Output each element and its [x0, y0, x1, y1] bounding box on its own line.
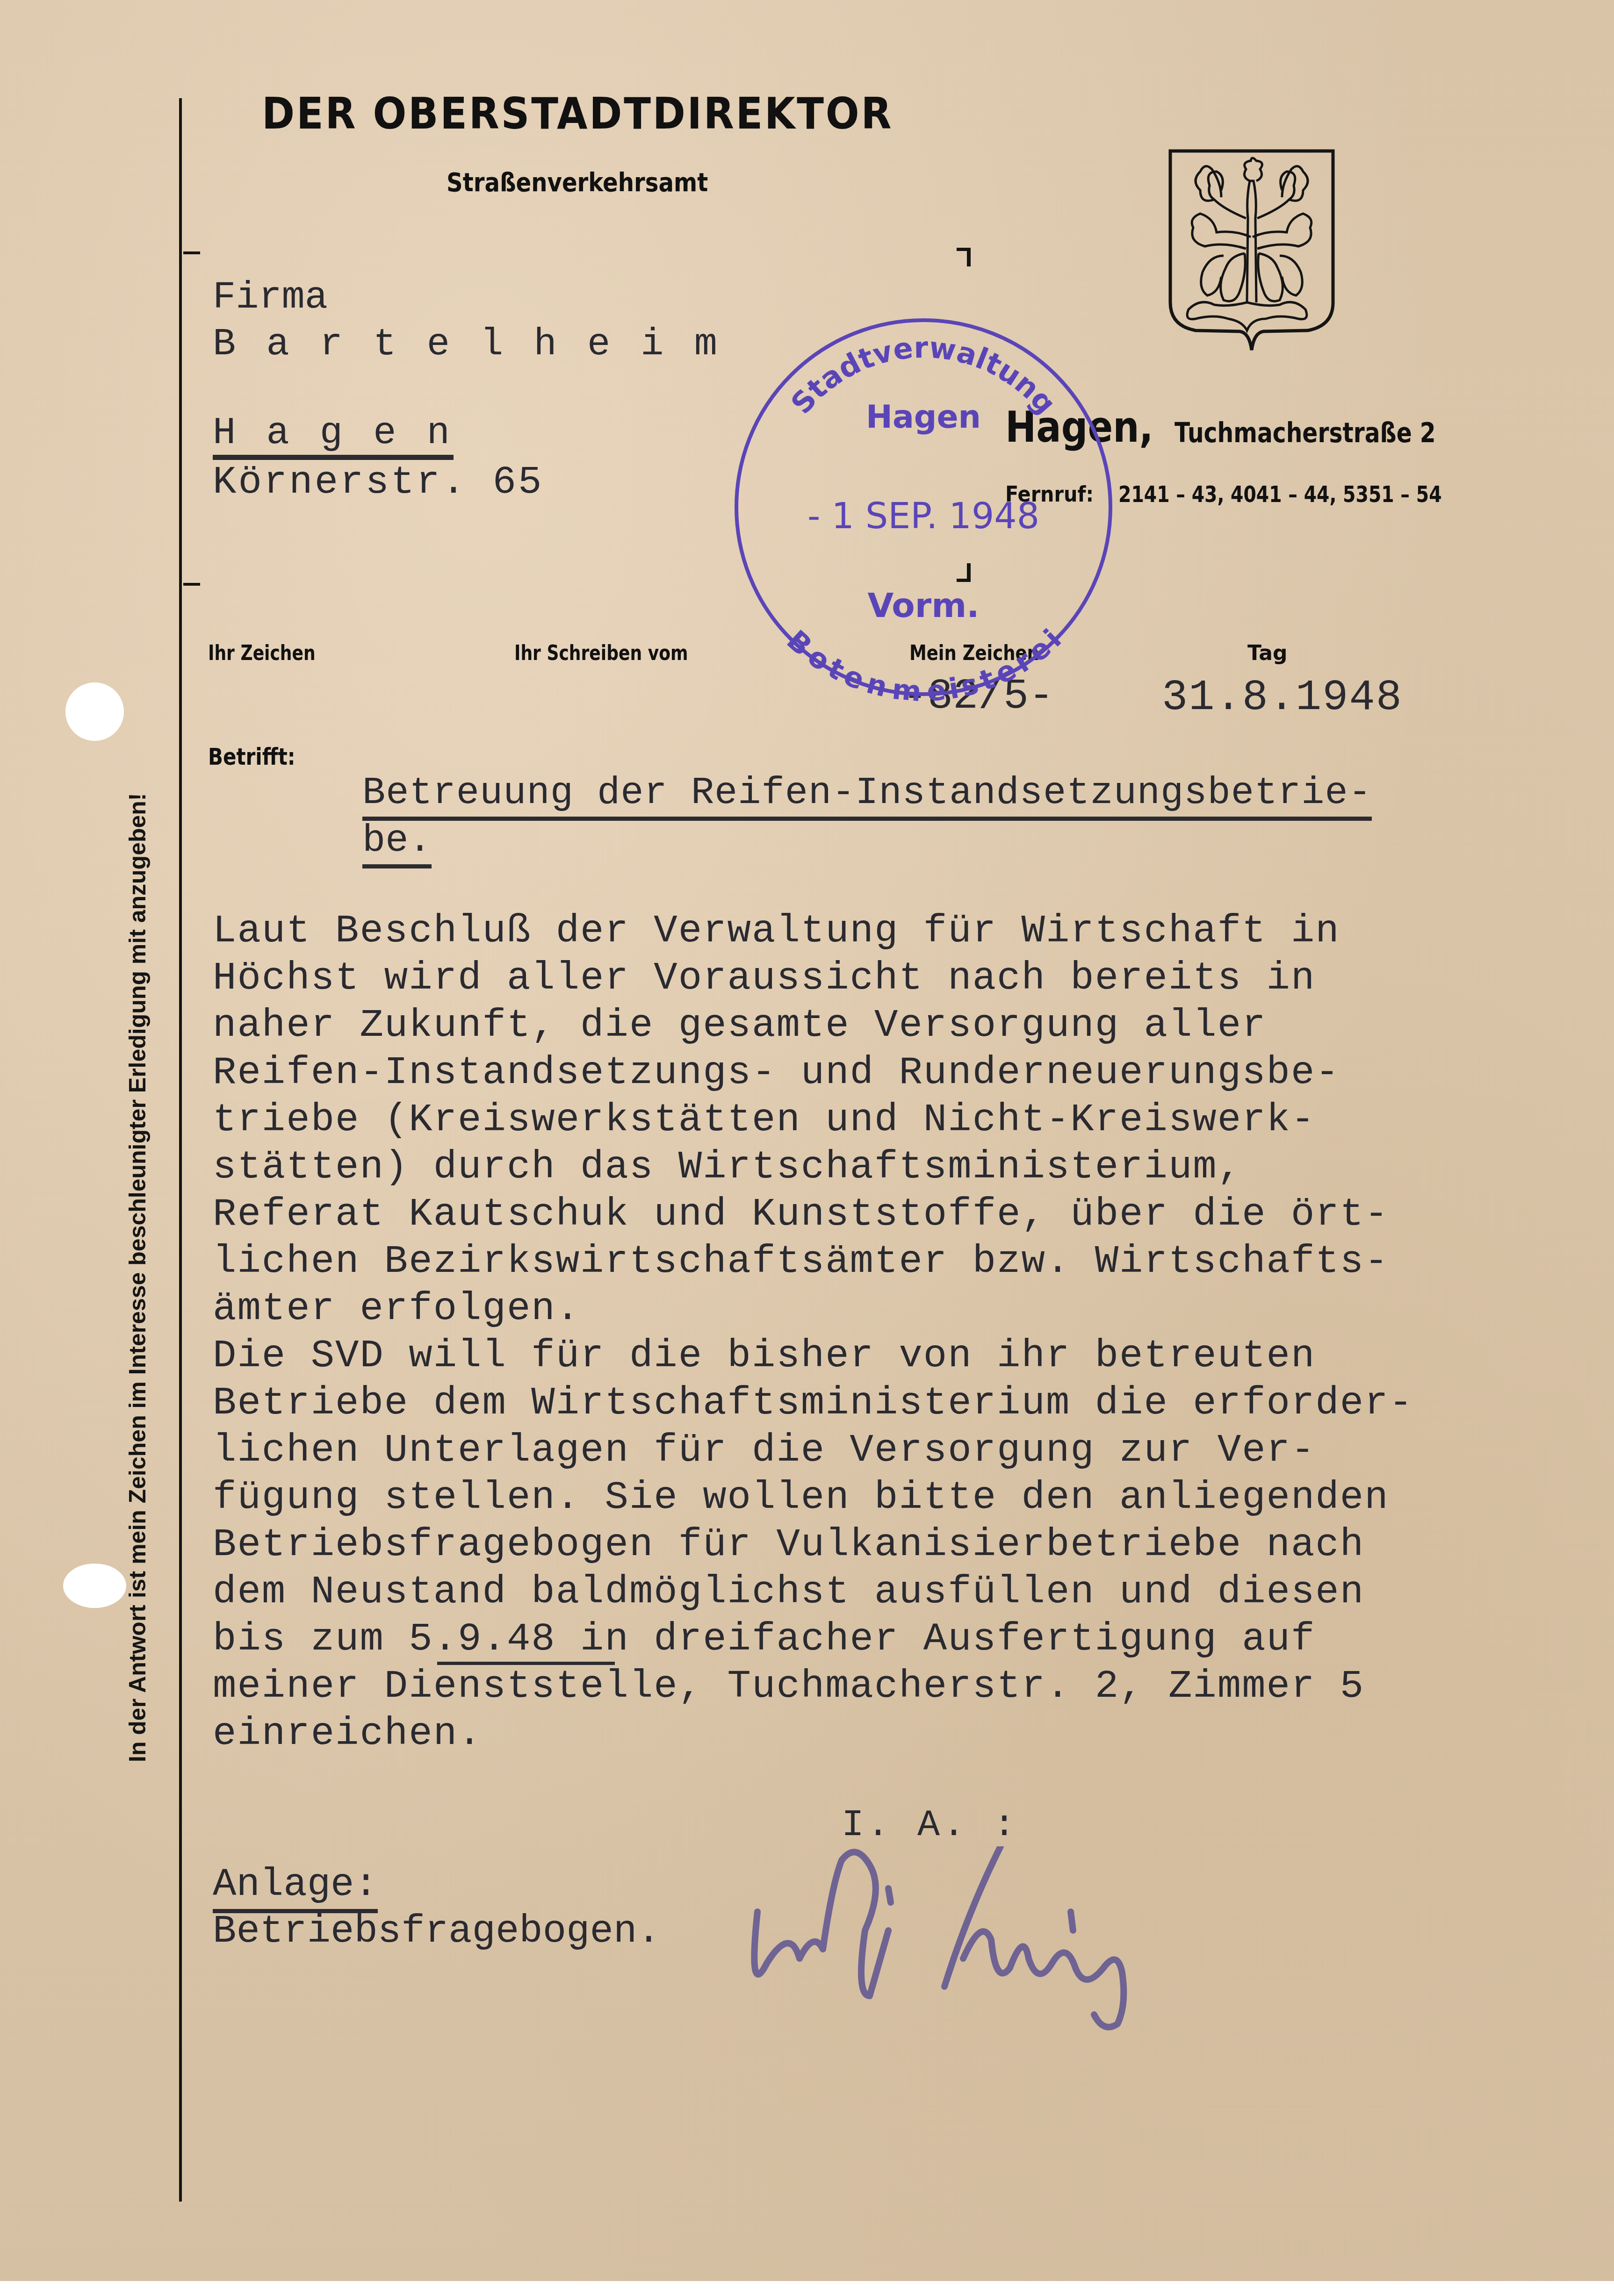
enclosure-item: Betriebsfragebogen. [213, 1909, 661, 1954]
body-line: naher Zukunft, die gesamte Versorgung al… [213, 1004, 1267, 1048]
body-line: lichen Bezirkswirtschaftsämter bzw. Wirt… [213, 1240, 1389, 1284]
recipient-street: Körnerstr. 65 [213, 460, 543, 505]
body-line: Betriebe dem Wirtschaftsministerium die … [213, 1381, 1413, 1426]
body-line: Referat Kautschuk und Kunststoffe, über … [213, 1192, 1389, 1237]
subject-line-1: Betreuung der Reifen-Instandsetzungsbetr… [362, 771, 1372, 821]
body-line: bis zum 5.9.48 in dreifacher Ausfertigun… [213, 1617, 1315, 1662]
body-line: Die SVD will für die bisher von ihr betr… [213, 1334, 1315, 1378]
stamp-city: Hagen [866, 399, 981, 436]
body-line: Betriebsfragebogen für Vulkanisierbetrie… [213, 1523, 1364, 1567]
letter-page: In der Antwort ist mein Zeichen im Inter… [0, 0, 1614, 2281]
phone-numbers: 2141 – 43, 4041 – 44, 5351 – 54 [1118, 481, 1442, 508]
body-line: dem Neustand baldmöglichst ausfüllen und… [213, 1570, 1364, 1614]
enclosure-label: Anlage: [213, 1863, 378, 1913]
receipt-stamp: Stadtverwaltung Botenmeisterei Hagen - 1… [729, 313, 1117, 701]
window-corner-top-right [967, 248, 971, 266]
svg-text:Botenmeisterei: Botenmeisterei [780, 623, 1068, 701]
value-tag: 31.8.1948 [1162, 673, 1403, 722]
stamp-bottom-arc: Botenmeisterei [780, 623, 1068, 701]
body-line: Laut Beschluß der Verwaltung für Wirtsch… [213, 909, 1340, 954]
body-line: Reifen-Instandsetzungs- und Runderneueru… [213, 1051, 1340, 1095]
signature-icon [748, 1846, 1403, 2043]
punch-hole-top [65, 682, 124, 741]
sender-street: Tuchmacherstraße 2 [1174, 417, 1436, 449]
label-ihr-zeichen: Ihr Zeichen [208, 641, 316, 665]
stamp-time: Vorm. [867, 586, 979, 625]
coat-of-arms-icon [1167, 148, 1336, 354]
left-margin-rule [179, 98, 182, 2202]
recipient-line-firma: Firma [213, 276, 328, 319]
punch-hole-bottom [63, 1564, 126, 1608]
recipient-name: B a r t e l h e i m [213, 323, 721, 366]
body-line: meiner Dienststelle, Tuchmacherstr. 2, Z… [213, 1665, 1364, 1709]
body-line: ämter erfolgen. [213, 1287, 580, 1331]
label-ihr-schreiben-vom: Ihr Schreiben vom [514, 641, 688, 665]
label-tag: Tag [1247, 641, 1288, 665]
side-note-vertical: In der Antwort ist mein Zeichen im Inter… [124, 793, 151, 1763]
stamp-date: - 1 SEP. 1948 [807, 495, 1039, 537]
body-line: Höchst wird aller Voraussicht nach berei… [213, 956, 1315, 1001]
fold-mark-top [183, 251, 200, 254]
body-line: stätten) durch das Wirtschaftsministeriu… [213, 1145, 1242, 1190]
body-line: fügung stellen. Sie wollen bitte den anl… [213, 1476, 1389, 1520]
recipient-city: H a g e n [213, 411, 454, 460]
body-line: triebe (Kreiswerkstätten und Nicht-Kreis… [213, 1098, 1315, 1142]
subject-label: Betrifft: [208, 743, 295, 770]
body-line: lichen Unterlagen für die Versorgung zur… [213, 1428, 1315, 1473]
body-line: einreichen. [213, 1712, 483, 1756]
letterhead-department: Straßenverkehrsamt [447, 167, 708, 198]
subject-line-2: be. [362, 819, 432, 868]
closing-ia: I. A. : [842, 1804, 1018, 1847]
letterhead-authority: DER OBERSTADTDIREKTOR [262, 89, 893, 139]
fold-mark-bottom [183, 583, 200, 586]
